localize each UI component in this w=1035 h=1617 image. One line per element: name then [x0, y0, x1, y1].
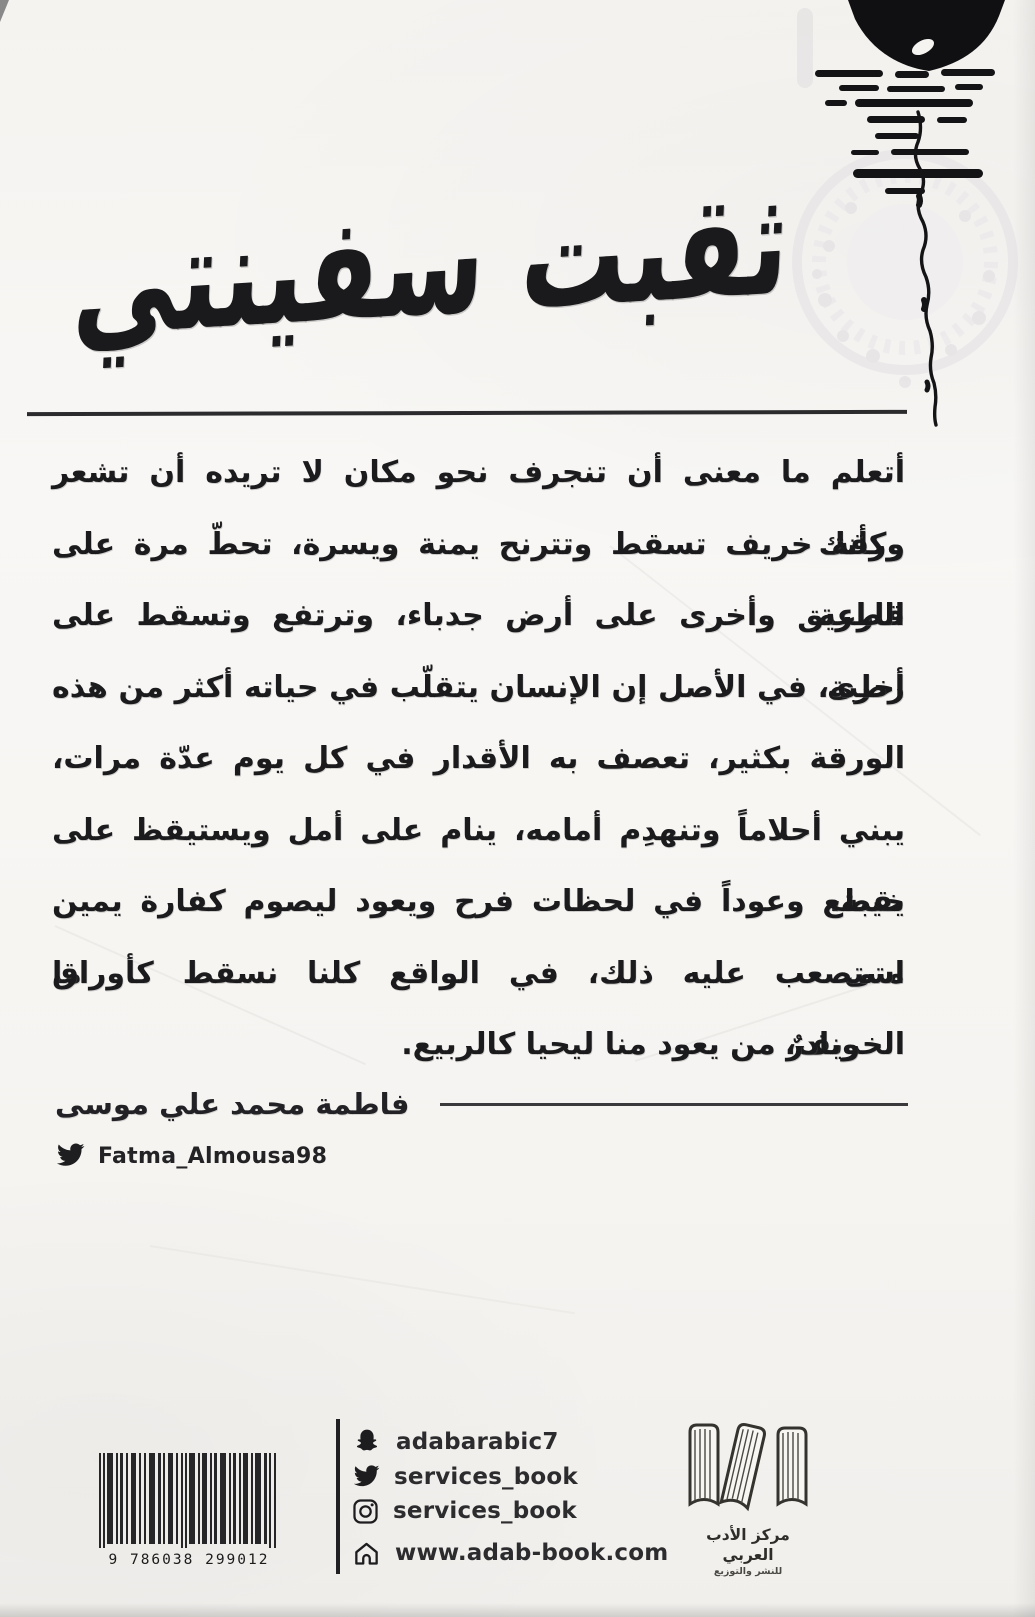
barcode: 9 786038 299012	[99, 1453, 279, 1568]
blurb-line: يبني أحلاماً وتنهدِم أمامه، ينام على أمل…	[52, 795, 905, 867]
twitter-icon	[55, 1143, 85, 1169]
blurb-line: ونادرٌ من يعود منا ليحيا كالربيع.	[52, 1009, 905, 1081]
social-row-website: www.adab-book.com	[352, 1537, 668, 1569]
blurb-line: الطريق وأخرى على أرض جدباء، وترتفع وتسقط…	[52, 580, 905, 652]
blurb-line: ورقة خريف تسقط وتترنح يمنة ويسرة، تحطّ م…	[52, 509, 905, 581]
book-back-cover: ثقبت سفينتي أتعلم ما معنى أن تنجرف نحو م…	[0, 0, 1035, 1617]
snapchat-icon	[352, 1427, 382, 1457]
website-url: www.adab-book.com	[395, 1540, 668, 1566]
publisher-name: مركز الأدب العربي	[678, 1525, 818, 1565]
blurb-line: استصعب عليه ذلك، في الواقع كلنا نسقط كأو…	[52, 938, 905, 1010]
title-block: ثقبت سفينتي	[28, 140, 834, 388]
social-row-twitter: services_book	[352, 1461, 578, 1493]
barcode-bars	[99, 1453, 279, 1548]
publisher-subtitle: للنشر والتوزيع	[678, 1565, 818, 1578]
social-handle: services_book	[393, 1498, 577, 1524]
author-separator-line	[440, 1103, 908, 1106]
instagram-icon	[352, 1498, 379, 1525]
blurb-line: يقطع وعوداً في لحظات فرح ويعود ليصوم كفا…	[52, 866, 905, 938]
blurb-line: رطبة، في الأصل إن الإنسان يتقلّب في حيات…	[52, 652, 905, 724]
page-edge-shading	[1013, 0, 1035, 1617]
blurb-paragraph: أتعلم ما معنى أن تنجرف نحو مكان لا تريده…	[52, 437, 905, 1081]
author-twitter-handle: Fatma_Almousa98	[98, 1144, 327, 1169]
blurb-line: أتعلم ما معنى أن تنجرف نحو مكان لا تريده…	[52, 437, 905, 509]
home-icon	[352, 1540, 381, 1567]
social-row-snapchat: adabarabic7	[352, 1426, 559, 1458]
book-title-calligraphy: ثقبت سفينتي	[70, 171, 791, 357]
social-row-instagram: services_book	[352, 1495, 577, 1527]
publisher-books-icon	[685, 1422, 811, 1519]
paper-crease	[150, 1245, 575, 1314]
corner-mark	[0, 0, 9, 22]
author-twitter-row: Fatma_Almousa98	[55, 1143, 327, 1169]
author-name: فاطمة محمد علي موسى	[55, 1082, 410, 1126]
barcode-number: 9 786038 299012	[99, 1552, 279, 1568]
twitter-icon	[352, 1465, 380, 1489]
ink-boat-blob	[848, 0, 1005, 71]
blurb-line: الورقة بكثير، تعصف به الأقدار في كل يوم …	[52, 723, 905, 795]
publisher-logo: مركز الأدب العربي للنشر والتوزيع	[678, 1422, 818, 1578]
footer-divider-line	[336, 1419, 340, 1574]
social-handle: services_book	[394, 1464, 578, 1490]
social-handle: adabarabic7	[396, 1429, 559, 1455]
